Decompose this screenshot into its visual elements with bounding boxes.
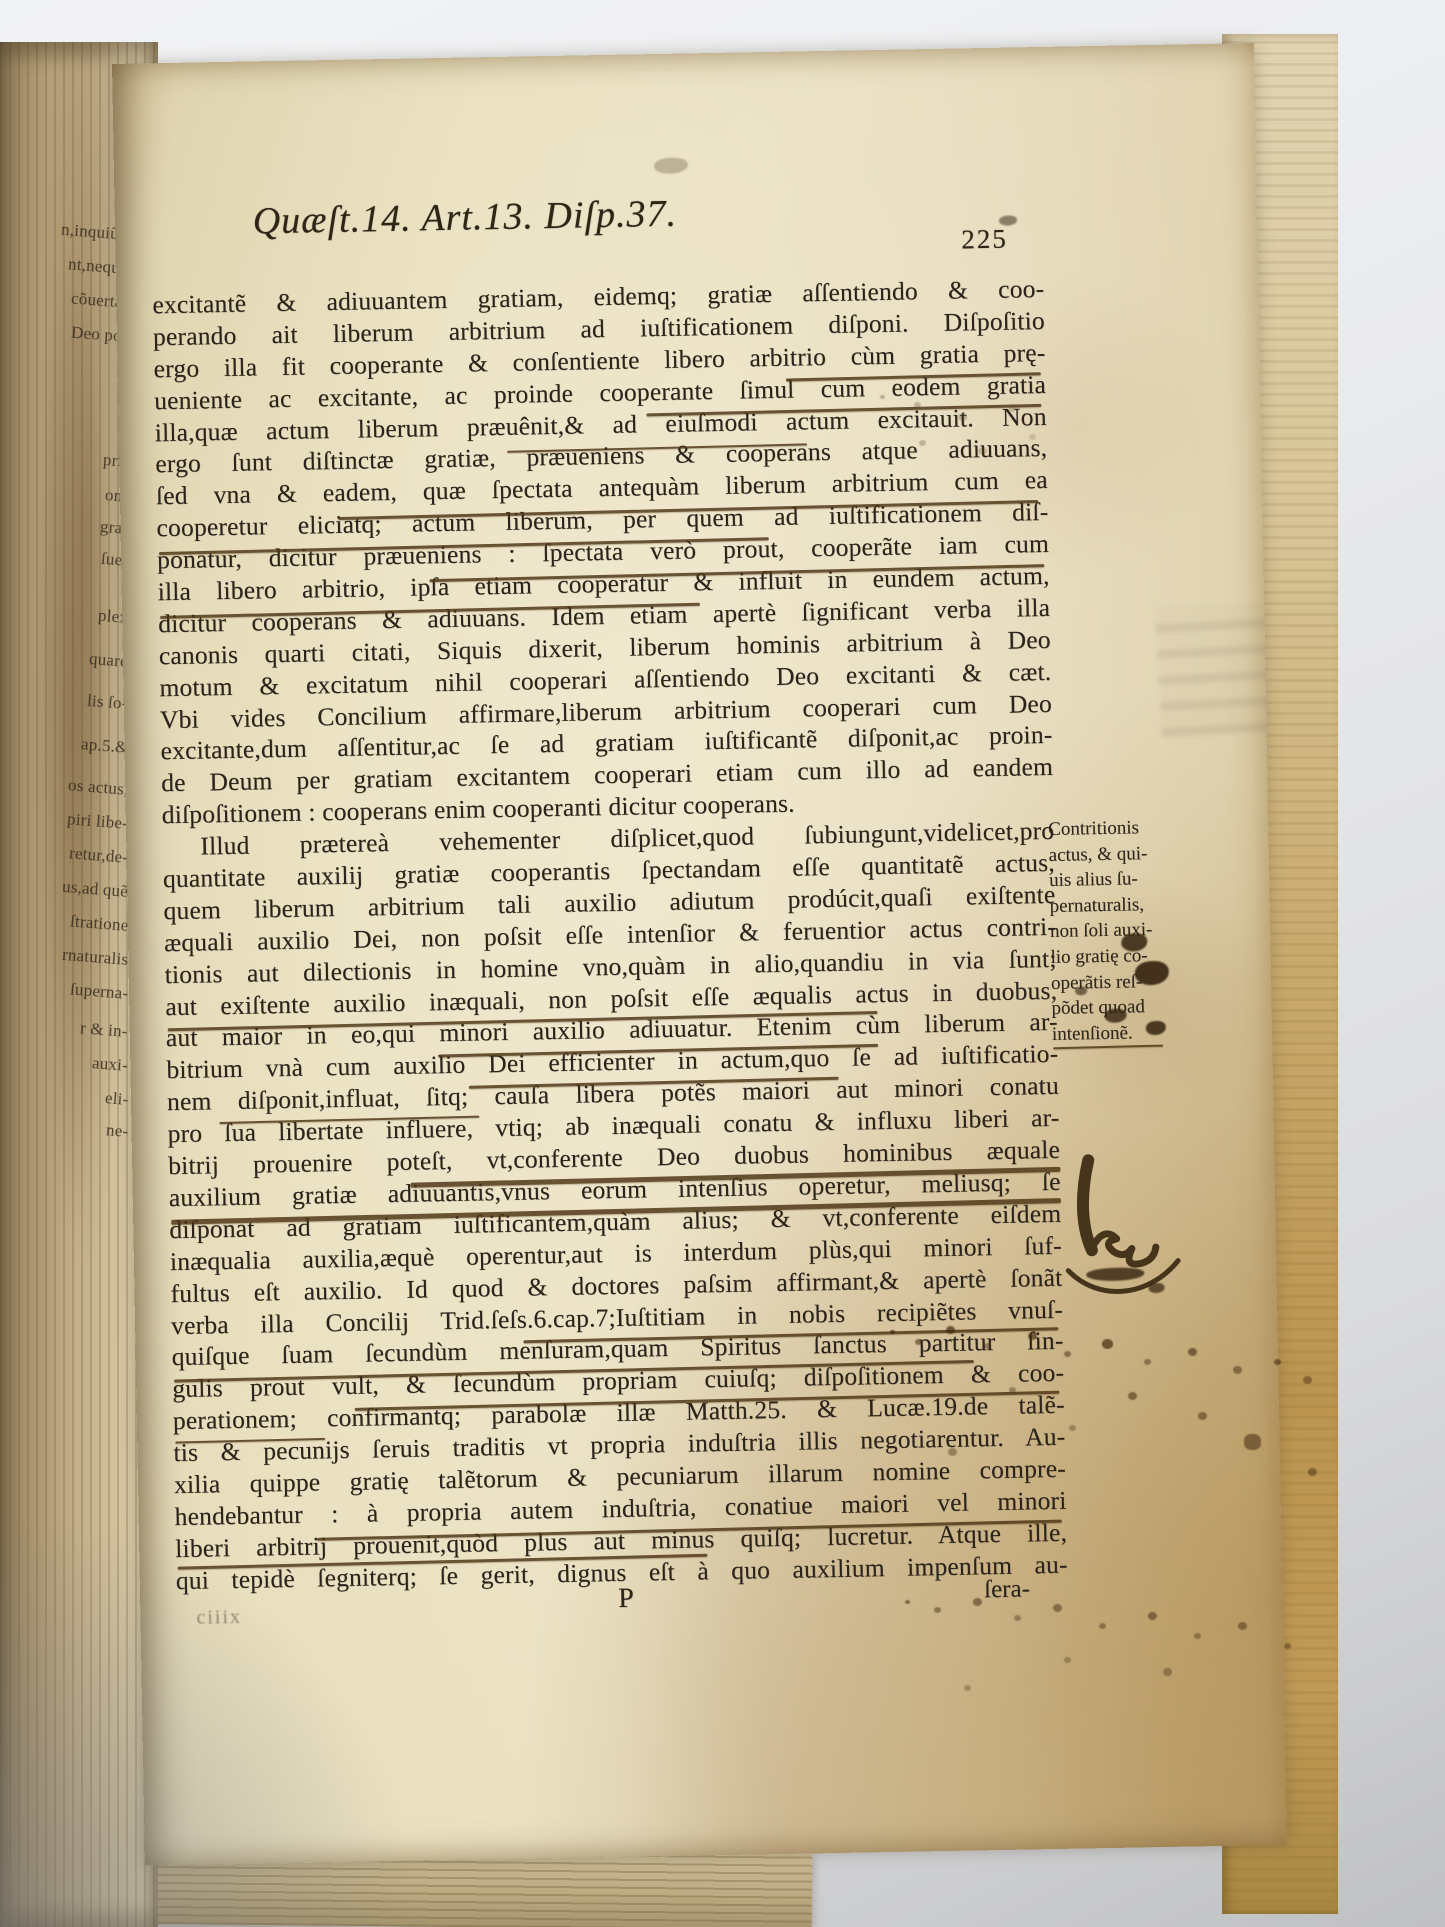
spine-fragment: rnaturalis (61, 945, 129, 970)
ink-speckle-band (880, 395, 885, 399)
spine-fragment: retur,de- (68, 843, 129, 868)
page-number: 225 (961, 224, 1008, 256)
margin-note-line: non ſoli auxi- (1050, 917, 1178, 945)
catchword: ſera- (984, 1575, 1030, 1604)
photo-backdrop: n,inquiũt,nt,nequecõuerta-Deo po-pri-on-… (0, 0, 1445, 1927)
body-text: excitantẽ & adiuuantem gratiam, eidemq; … (152, 273, 1068, 1597)
spine-fragment: eli- (104, 1088, 129, 1110)
margin-note-line: pernaturalis, (1049, 891, 1177, 919)
ink-speckle-band (890, 1330, 895, 1334)
spine-fragment: us,ad quẽ (61, 877, 128, 902)
spine-fragment: ſuperna- (69, 979, 129, 1004)
running-header: Quæſt.14. Art.13. Diſp.37. (243, 191, 688, 243)
shelf-mark: ciiix (196, 1606, 242, 1630)
ink-blot (654, 157, 688, 174)
spine-fragment: piri libe- (66, 809, 128, 834)
spine-fragment: auxi- (91, 1053, 128, 1076)
ink-speckle-band (905, 1600, 910, 1604)
spine-fragment: lis ſo- (87, 691, 129, 714)
ink-blots (112, 43, 1254, 64)
spine-fragment: ne- (105, 1120, 129, 1142)
book-page: Quæſt.14. Art.13. Diſp.37. 225 excitantẽ… (112, 43, 1287, 1866)
ink-blot (999, 215, 1017, 225)
margin-note-line: Contritionis (1048, 815, 1176, 843)
manuscript-underlines (112, 43, 1254, 64)
signature-mark: P (618, 1583, 634, 1615)
margin-note-line: actus, & qui- (1048, 840, 1176, 868)
spine-fragment: os actus, (67, 775, 129, 800)
spine-fragment: r & in- (80, 1018, 129, 1042)
margin-note-line: uis alius ſu- (1049, 866, 1177, 894)
spine-fragment: ap.5.& (80, 734, 129, 758)
spine-fragment: ſtratione (69, 911, 129, 936)
ink-doodle (1048, 1149, 1187, 1307)
